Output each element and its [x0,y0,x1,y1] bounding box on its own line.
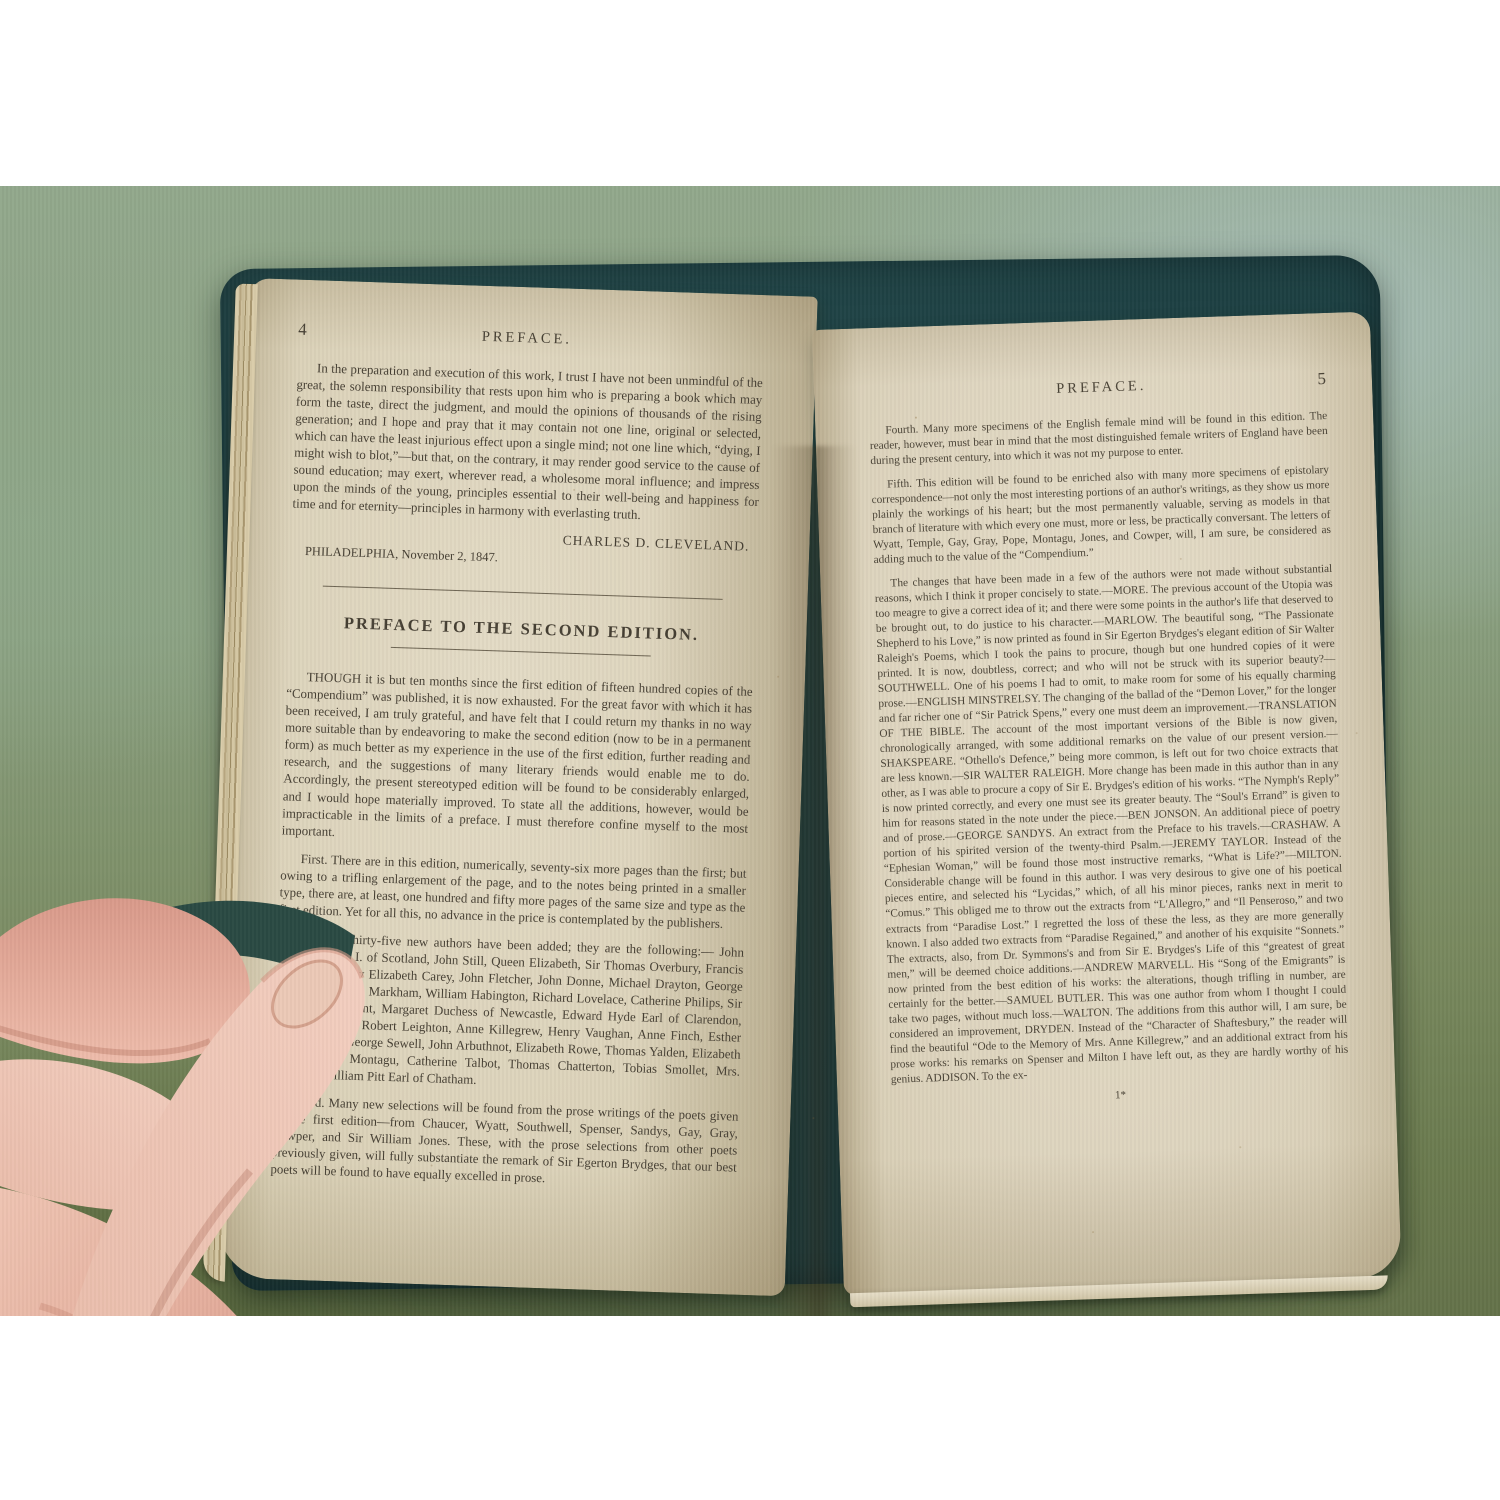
right-paragraph-2: Fifth. This edition will be found to be … [871,463,1332,568]
left-page-number: 4 [298,320,307,340]
photo-of-open-book: 4 PREFACE. In the preparation and execut… [0,0,1500,1500]
left-running-title: PREFACE. [482,329,573,349]
right-page: PREFACE. 5 Fourth. Many more specimens o… [812,311,1402,1295]
section-heading: PREFACE TO THE SECOND EDITION. [288,612,754,647]
right-running-head: PREFACE. 5 [868,369,1326,404]
hand-holding-page [0,786,560,1316]
fabric-background: 4 PREFACE. In the preparation and execut… [0,186,1500,1316]
right-paragraph-3: The changes that have been made in a few… [874,562,1349,1087]
right-paragraph-1: Fourth. Many more specimens of the Engli… [869,409,1328,469]
section-rule-bottom [390,647,651,657]
section-rule-top [322,586,723,600]
left-paragraph-1: In the preparation and execution of this… [292,360,763,529]
right-page-number: 5 [1317,369,1326,389]
left-running-head: 4 PREFACE. [298,320,764,355]
right-running-title: PREFACE. [1056,378,1147,398]
page-gutter-shadow [772,446,856,1316]
signature-mark: 1* [891,1081,1349,1108]
